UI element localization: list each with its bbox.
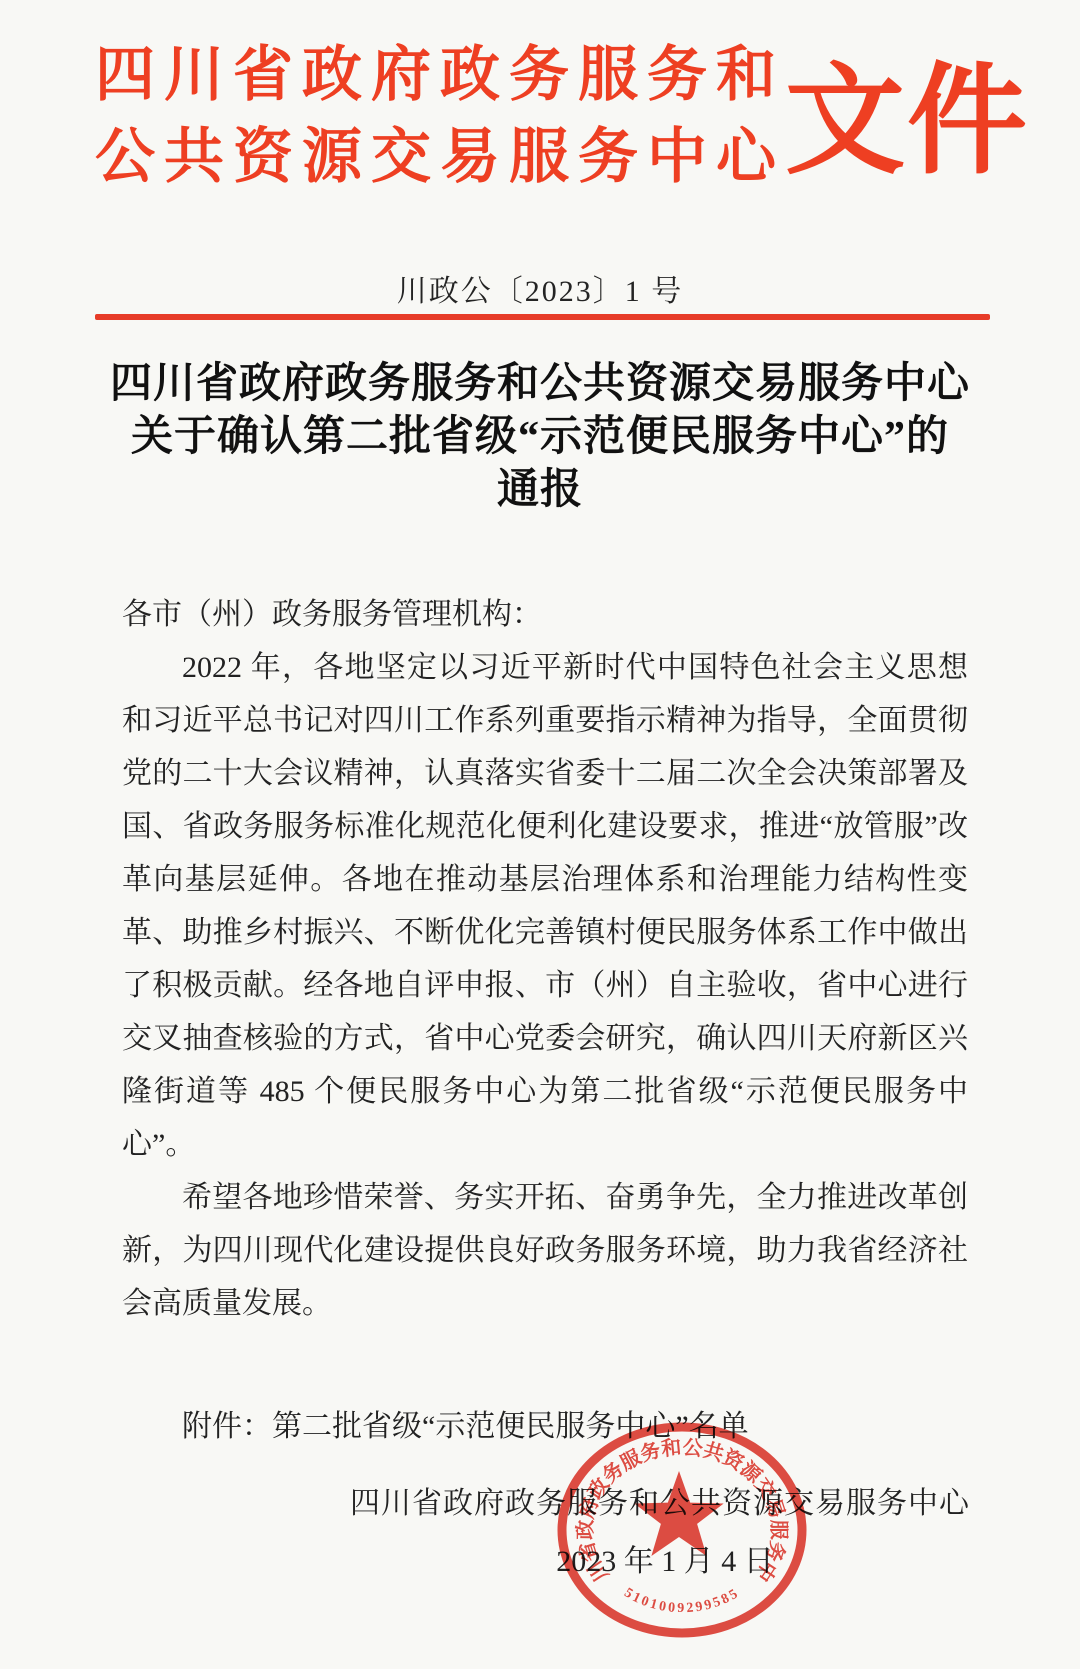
salutation: 各市（州）政务服务管理机构： — [122, 588, 968, 641]
title-line3: 通报 — [55, 464, 1025, 517]
seal-serial-holder: 5101009299585 — [621, 1586, 742, 1617]
seal-ring — [562, 1427, 802, 1633]
title-line2: 关于确认第二批省级“示范便民服务中心”的 — [55, 411, 1025, 464]
document-number: 川政公〔2023〕1 号 — [0, 266, 1080, 310]
letterhead: 四川省政府政务服务和 公共资源交易服务中心 文件 — [95, 34, 1025, 198]
title-line1: 四川省政府政务服务和公共资源交易服务中心 — [55, 358, 1025, 411]
document-page: 四川省政府政务服务和 公共资源交易服务中心 文件 川政公〔2023〕1 号 四川… — [0, 0, 1080, 1669]
signature-org: 四川省政府政务服务和公共资源交易服务中心 — [122, 1482, 970, 1526]
document-title: 四川省政府政务服务和公共资源交易服务中心 关于确认第二批省级“示范便民服务中心”… — [55, 358, 1025, 517]
document-body: 各市（州）政务服务管理机构： 2022 年，各地坚定以习近平新时代中国特色社会主… — [122, 588, 968, 1330]
issuing-org-name: 四川省政府政务服务和 公共资源交易服务中心 — [95, 34, 785, 198]
org-name-line1: 四川省政府政务服务和 — [95, 34, 785, 116]
signature-date: 2023 年 1 月 4 日 — [540, 1542, 790, 1582]
org-name-line2: 公共资源交易服务中心 — [95, 116, 785, 198]
body-paragraph-1: 2022 年，各地坚定以习近平新时代中国特色社会主义思想和习近平总书记对四川工作… — [122, 641, 968, 1171]
body-paragraph-2: 希望各地珍惜荣誉、务实开拓、奋勇争先，全力推进改革创新，为四川现代化建设提供良好… — [122, 1171, 968, 1330]
red-divider-line — [95, 314, 990, 320]
seal-serial-number: 5101009299585 — [621, 1586, 742, 1617]
attachment-note: 附件：第二批省级“示范便民服务中心”名单 — [122, 1400, 968, 1453]
document-word: 文件 — [785, 47, 1029, 197]
